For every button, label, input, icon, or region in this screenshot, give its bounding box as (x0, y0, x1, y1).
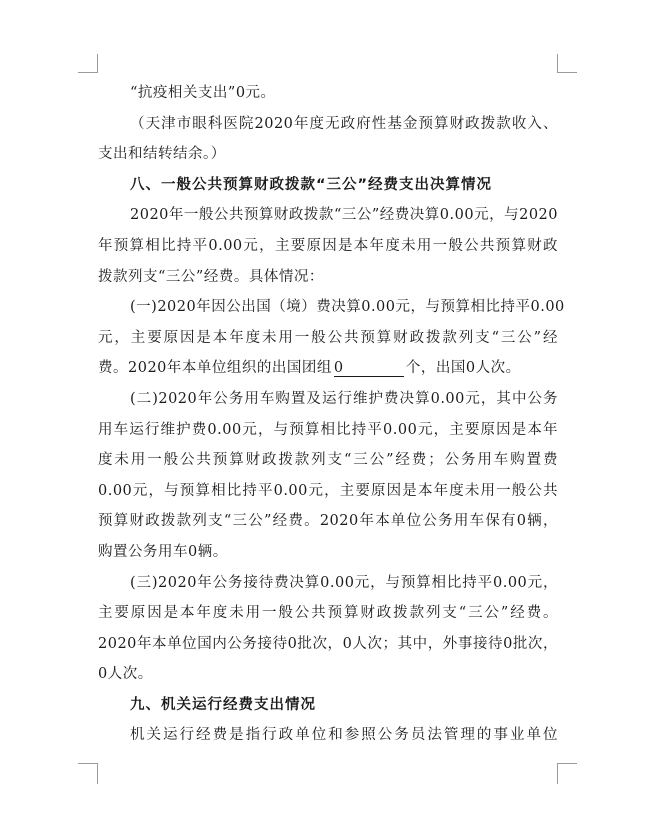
text-line: 元，主要原因是本年度未用一般公共预算财政拨款列支“三公”经 (98, 323, 558, 354)
text-line: 2020年一般公共预算财政拨款“三公”经费决算0.00元，与2020 (98, 200, 558, 231)
text-line: 0人次。 (98, 659, 558, 690)
text-line: 用车运行维护费0.00元，与预算相比持平0.00元，主要原因是本年 (98, 415, 558, 446)
document-body: “抗疫相关支出”0元。 （天津市眼科医院2020年度无政府性基金预算财政拨款收入… (98, 78, 558, 751)
text-line: (一)2020年因公出国（境）费决算0.00元，与预算相比持平0.00 (98, 292, 558, 323)
text-line: 机关运行经费是指行政单位和参照公务员法管理的事业单位 (98, 720, 558, 751)
text-line: 年预算相比持平0.00元，主要原因是本年度未用一般公共预算财政 (98, 231, 558, 262)
paragraph-section-8-item-3: (三)2020年公务接待费决算0.00元，与预算相比持平0.00元， 主要原因是… (98, 568, 558, 690)
text-line: 支出和结转结余。） (98, 139, 558, 170)
text-line: (二)2020年公务用车购置及运行维护费决算0.00元，其中公务 (98, 384, 558, 415)
margin-corner-top-left (78, 54, 98, 73)
text-line-with-blank: 费。2020年本单位组织的出国团组0个，出国0人次。 (98, 353, 558, 384)
underlined-field-outbound-groups: 0 (334, 360, 404, 377)
paragraph-section-8-item-1: (一)2020年因公出国（境）费决算0.00元，与预算相比持平0.00 元，主要… (98, 292, 558, 384)
paragraph-section-8-summary: 2020年一般公共预算财政拨款“三公”经费决算0.00元，与2020 年预算相比… (98, 200, 558, 292)
text-line: 0.00元，与预算相比持平0.00元，主要原因是本年度未用一般公共 (98, 476, 558, 507)
paragraph-antiepidemic-tail: “抗疫相关支出”0元。 (98, 78, 558, 109)
text-line: “抗疫相关支出”0元。 (98, 78, 558, 109)
margin-corner-bottom-right (557, 763, 577, 784)
paragraph-section-8-item-2: (二)2020年公务用车购置及运行维护费决算0.00元，其中公务 用车运行维护费… (98, 384, 558, 568)
section-heading-8: 八、一般公共预算财政拨款“三公”经费支出决算情况 (98, 170, 558, 201)
document-page: “抗疫相关支出”0元。 （天津市眼科医院2020年度无政府性基金预算财政拨款收入… (0, 0, 652, 839)
text-line: 主要原因是本年度未用一般公共预算财政拨款列支“三公”经费。 (98, 598, 558, 629)
margin-corner-bottom-left (78, 763, 98, 784)
text-line: 拨款列支“三公”经费。具体情况： (98, 262, 558, 293)
text-segment: 费。2020年本单位组织的出国团组 (98, 360, 332, 376)
text-line: 2020年本单位国内公务接待0批次，0人次；其中，外事接待0批次， (98, 629, 558, 660)
section-heading-9: 九、机关运行经费支出情况 (98, 690, 558, 721)
text-line: (三)2020年公务接待费决算0.00元，与预算相比持平0.00元， (98, 568, 558, 599)
paragraph-section-9-body: 机关运行经费是指行政单位和参照公务员法管理的事业单位 (98, 720, 558, 751)
text-line: 预算财政拨款列支“三公”经费。2020年本单位公务用车保有0辆， (98, 506, 558, 537)
text-line: （天津市眼科医院2020年度无政府性基金预算财政拨款收入、 (98, 109, 558, 140)
margin-corner-top-right (557, 54, 577, 73)
text-segment: 个，出国0人次。 (406, 360, 521, 376)
text-line: 购置公务用车0辆。 (98, 537, 558, 568)
text-line: 度未用一般公共预算财政拨款列支“三公”经费；公务用车购置费 (98, 445, 558, 476)
paragraph-gov-fund-note: （天津市眼科医院2020年度无政府性基金预算财政拨款收入、 支出和结转结余。） (98, 109, 558, 170)
